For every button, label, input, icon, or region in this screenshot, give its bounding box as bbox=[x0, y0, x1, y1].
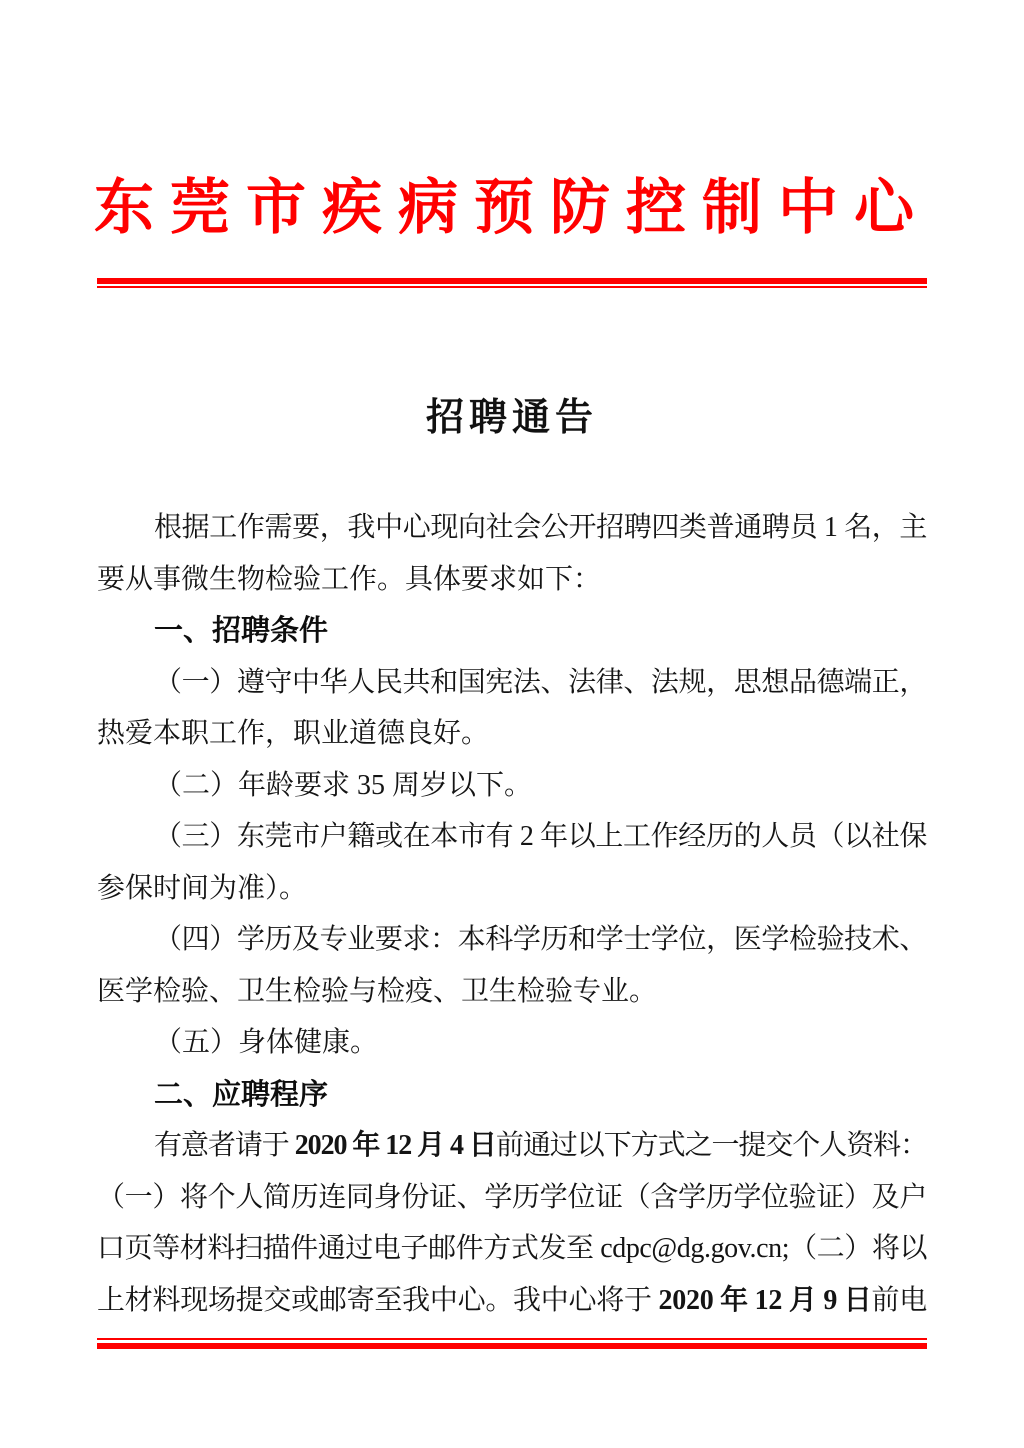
text-segment: 根据工作需要，我中心现向社会公开招聘四类普通聘员 1 名，主 bbox=[154, 512, 927, 543]
text-segment: 2020 年 12 月 9 日 bbox=[658, 1285, 871, 1316]
text-segment: 参保时间为准）。 bbox=[97, 873, 307, 904]
rule-thick-line bbox=[97, 1343, 927, 1349]
body-line: （一）将个人简历连同身份证、学历学位证（含学历学位验证）及户 bbox=[97, 1172, 927, 1224]
section-heading: 二、应聘程序 bbox=[97, 1069, 927, 1121]
rule-thin-line bbox=[97, 286, 927, 288]
body-line: 有意者请于 2020 年 12 月 4 日前通过以下方式之一提交个人资料： bbox=[97, 1120, 927, 1172]
text-segment: 医学检验、卫生检验与检疫、卫生检验专业。 bbox=[97, 976, 657, 1007]
text-segment: 一、招聘条件 bbox=[154, 615, 328, 647]
body-line: （三）东莞市户籍或在本市有 2 年以上工作经历的人员（以社保 bbox=[97, 811, 927, 863]
body-line: 医学检验、卫生检验与检疫、卫生检验专业。 bbox=[97, 966, 927, 1018]
body-line: 热爱本职工作，职业道德良好。 bbox=[97, 708, 927, 760]
text-segment: （二）年龄要求 35 周岁以下。 bbox=[154, 770, 532, 801]
text-segment: 二、应聘程序 bbox=[154, 1079, 328, 1111]
scanned-document-page: 东莞市疾病预防控制中心 招聘通告 根据工作需要，我中心现向社会公开招聘四类普通聘… bbox=[0, 0, 1024, 1448]
document-title: 招聘通告 bbox=[0, 396, 1024, 440]
body-line: 要从事微生物检验工作。具体要求如下： bbox=[97, 554, 927, 606]
text-segment: 前电 bbox=[872, 1285, 927, 1316]
body-line: 参保时间为准）。 bbox=[97, 863, 927, 915]
text-segment: 热爱本职工作，职业道德良好。 bbox=[97, 718, 489, 749]
text-segment: （一）将个人简历连同身份证、学历学位证（含学历学位验证）及户 bbox=[97, 1182, 927, 1213]
text-segment: 口页等材料扫描件通过电子邮件方式发至 cdpc@dg.gov.cn;（二）将以 bbox=[97, 1233, 927, 1264]
section-heading: 一、招聘条件 bbox=[97, 605, 927, 657]
body-line: 口页等材料扫描件通过电子邮件方式发至 cdpc@dg.gov.cn;（二）将以 bbox=[97, 1223, 927, 1275]
footer-double-rule bbox=[97, 1338, 927, 1349]
text-segment: 上材料现场提交或邮寄至我中心。我中心将于 bbox=[97, 1285, 658, 1316]
body-line: 根据工作需要，我中心现向社会公开招聘四类普通聘员 1 名，主 bbox=[97, 502, 927, 554]
text-segment: 前通过以下方式之一提交个人资料： bbox=[496, 1130, 927, 1161]
letterhead-title: 东莞市疾病预防控制中心 bbox=[0, 172, 1024, 244]
text-segment: 要从事微生物检验工作。具体要求如下： bbox=[97, 564, 601, 595]
body-line: 上材料现场提交或邮寄至我中心。我中心将于 2020 年 12 月 9 日前电 bbox=[97, 1275, 927, 1327]
text-segment: （三）东莞市户籍或在本市有 2 年以上工作经历的人员（以社保 bbox=[154, 821, 927, 852]
body-line: （二）年龄要求 35 周岁以下。 bbox=[97, 760, 927, 812]
text-segment: 有意者请于 bbox=[154, 1130, 295, 1161]
text-segment: （五）身体健康。 bbox=[154, 1027, 378, 1058]
body-line: （一）遵守中华人民共和国宪法、法律、法规，思想品德端正， bbox=[97, 657, 927, 709]
document-body: 根据工作需要，我中心现向社会公开招聘四类普通聘员 1 名，主要从事微生物检验工作… bbox=[97, 502, 927, 1326]
text-segment: （四）学历及专业要求：本科学历和学士学位，医学检验技术、 bbox=[154, 924, 927, 955]
body-line: （五）身体健康。 bbox=[97, 1017, 927, 1069]
letterhead-double-rule bbox=[97, 278, 927, 288]
text-segment: （一）遵守中华人民共和国宪法、法律、法规，思想品德端正， bbox=[154, 667, 927, 698]
body-line: （四）学历及专业要求：本科学历和学士学位，医学检验技术、 bbox=[97, 914, 927, 966]
text-segment: 2020 年 12 月 4 日 bbox=[295, 1130, 496, 1161]
